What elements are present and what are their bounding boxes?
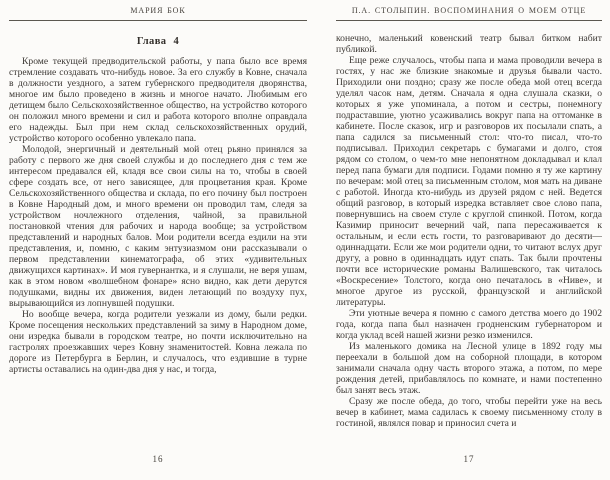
body-paragraph: Из маленького домика на Лесной улице в 1… bbox=[336, 341, 602, 396]
right-page-number: 17 bbox=[336, 454, 602, 464]
left-page: МАРИЯ БОК Глава 4 Кроме текущей предводи… bbox=[9, 6, 307, 446]
body-paragraph: Кроме текущей предводительской работы, у… bbox=[9, 56, 307, 144]
body-paragraph: Сразу же после обеда, до того, чтобы пер… bbox=[336, 396, 602, 429]
book-spread: МАРИЯ БОК Глава 4 Кроме текущей предводи… bbox=[0, 0, 610, 480]
chapter-heading: Глава 4 bbox=[9, 36, 307, 47]
left-running-header: МАРИЯ БОК bbox=[9, 6, 307, 21]
body-paragraph: Молодой, энергичный и деятельный мой оте… bbox=[9, 144, 307, 309]
body-paragraph-continuation: конечно, маленький ковенский театр бывал… bbox=[336, 33, 602, 55]
body-paragraph: Но вообще вечера, когда родители уезжали… bbox=[9, 309, 307, 375]
body-paragraph: Еще реже случалось, чтобы папа и мама пр… bbox=[336, 55, 602, 308]
right-running-header: П.А. СТОЛЫПИН. ВОСПОМИНАНИЯ О МОЕМ ОТЦЕ bbox=[336, 6, 602, 21]
right-page-body: конечно, маленький ковенский театр бывал… bbox=[336, 33, 602, 429]
body-paragraph: Эти уютные вечера я помню с самого детст… bbox=[336, 308, 602, 341]
left-page-number: 16 bbox=[9, 454, 307, 464]
left-page-body: Кроме текущей предводительской работы, у… bbox=[9, 56, 307, 375]
right-page: П.А. СТОЛЫПИН. ВОСПОМИНАНИЯ О МОЕМ ОТЦЕ … bbox=[336, 6, 602, 446]
